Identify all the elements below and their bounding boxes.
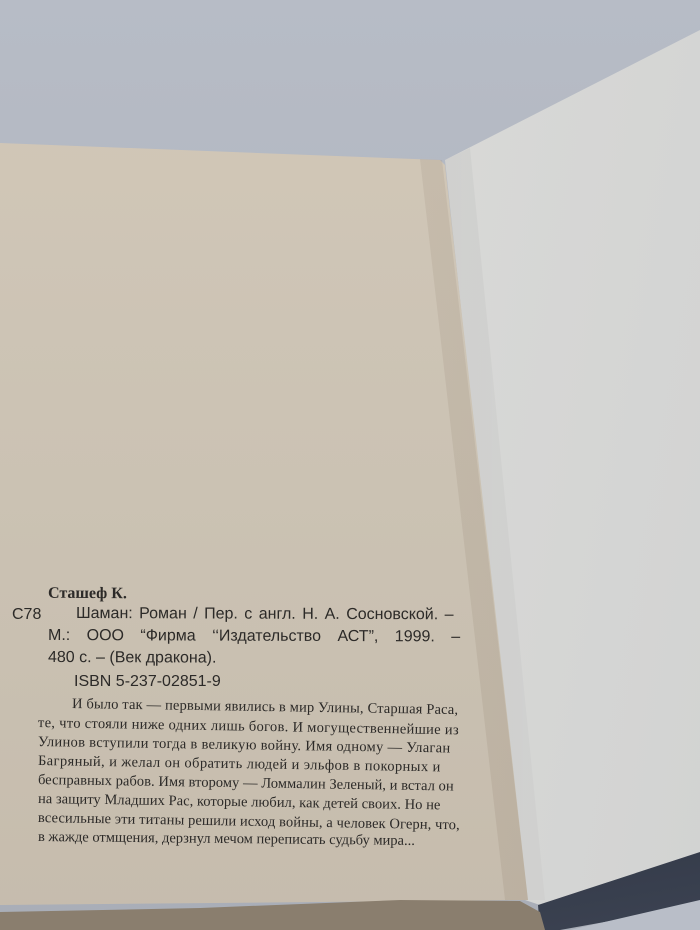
catalog-line: 480 с. – (Век дракона). [48, 650, 216, 667]
catalog-line: Шаман: Роман / Пер. с англ. Н. А. Соснов… [76, 606, 454, 623]
catalog-author: Сташеф К. [48, 585, 127, 604]
isbn: ISBN 5-237-02851-9 [74, 673, 221, 691]
imprint-text-block: Сташеф К. С78 Шаман: Роман / Пер. с англ… [0, 0, 700, 930]
catalog-line: М.: ООО “Фирма ‘‘Издательство АСТ”, 1999… [48, 628, 460, 645]
annotation-line: в жажде отмщения, дерзнул мечом переписа… [38, 830, 415, 848]
annotation-line: бесправных рабов. Имя второму — Ломмалин… [38, 773, 454, 794]
annotation-line: Улинов вступили тогда в великую войну. И… [38, 735, 451, 756]
book-photo: Сташеф К. С78 Шаман: Роман / Пер. с англ… [0, 0, 700, 930]
catalog-code: С78 [12, 606, 41, 624]
annotation-line: И было так — первыми явились в мир Улины… [72, 697, 458, 718]
annotation-line: Багряный, и желал он обратить людей и эл… [38, 754, 441, 775]
annotation-line: на защиту Младших Рас, которые любил, ка… [38, 792, 441, 813]
